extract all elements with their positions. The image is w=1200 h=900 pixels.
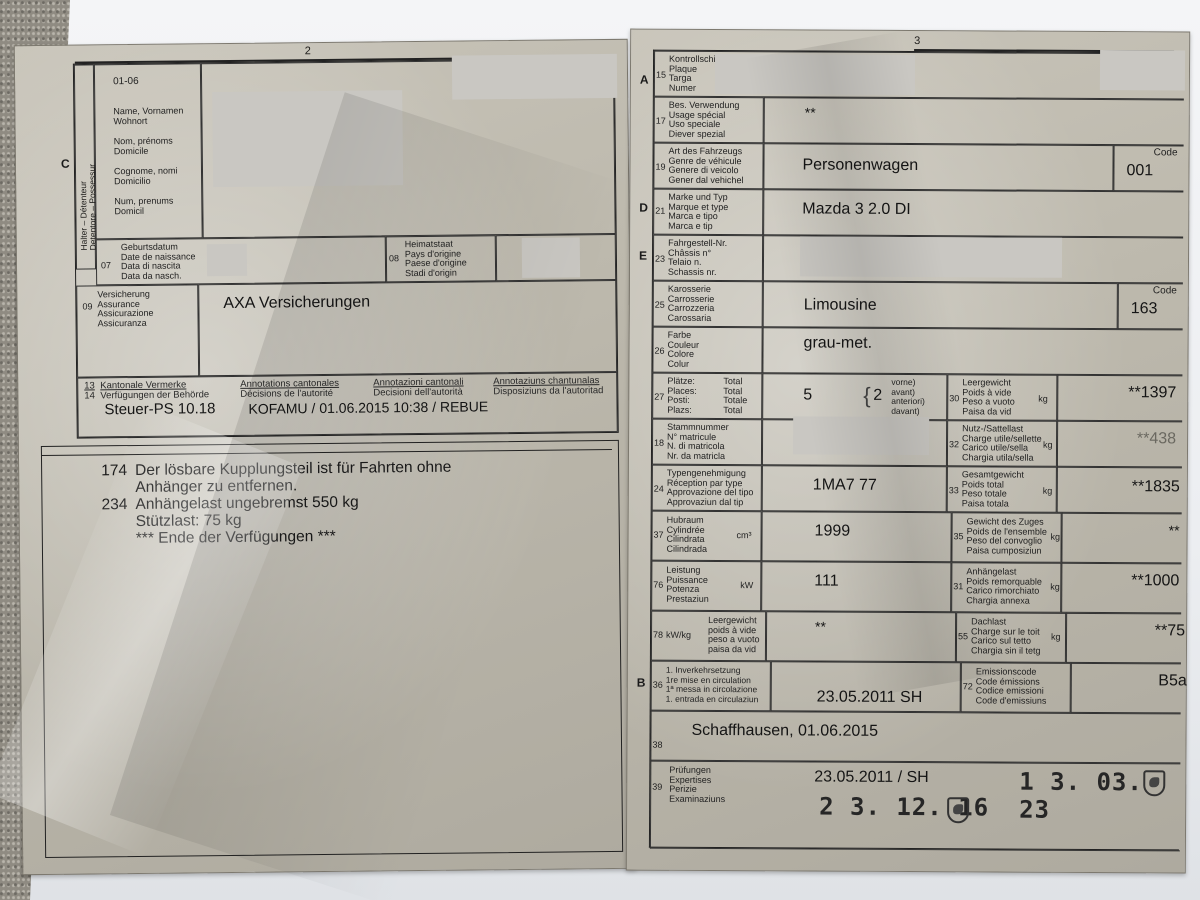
page-number-left: 2 xyxy=(305,45,311,57)
train-weight-label: Gewicht des Zuges Poids de l'ensemble Pe… xyxy=(966,517,1046,555)
field-number: 19 xyxy=(655,162,665,172)
gross-weight-value-cell: **1835 xyxy=(1057,467,1182,514)
conditions-list: 174Der lösbare Kupplungsteil ist für Fah… xyxy=(87,459,452,548)
unit-label: kg xyxy=(1043,440,1053,450)
payload-label-cell: 32 Nutz-/Sattellast Charge utile/sellett… xyxy=(947,420,1057,467)
inspections-row: 39 Prüfungen Expertises Perizie Examinaz… xyxy=(650,761,1180,852)
field-number: 09 xyxy=(82,301,92,311)
holder-label-de: Name, Vornamen Wohnort xyxy=(113,106,183,126)
birth-date-cell: 07 Geburtsdatum Date de naissance Data d… xyxy=(96,236,386,285)
emission-code-label-cell: 72 Emissionscode Code émissions Codice e… xyxy=(961,662,1071,713)
field-number: 31 xyxy=(953,581,963,591)
make-model-value: Mazda 3 2.0 DI xyxy=(802,200,911,219)
page-number-right: 3 xyxy=(914,35,920,47)
displacement-value: 1999 xyxy=(815,523,851,541)
field-number: 18 xyxy=(654,438,664,448)
field-number: 17 xyxy=(656,116,666,126)
type-approval-value-cell: 1MA7 77 xyxy=(762,465,947,512)
seats-total-value: 5 xyxy=(803,386,812,404)
field-number: 35 xyxy=(954,531,964,541)
insurance-value-cell: AXA Versicherungen xyxy=(198,280,617,376)
inspection-printed-entry: 23.05.2011 / SH xyxy=(814,769,929,788)
special-use-label: Bes. Verwendung Usage spécial Uso specia… xyxy=(669,101,740,139)
condition-code: 234 xyxy=(87,496,127,513)
condition-text: *** Ende der Verfügungen *** xyxy=(136,528,336,547)
seats-total-label: Total Total Totale Total xyxy=(723,377,747,415)
chassis-redaction xyxy=(800,236,1062,277)
field-number: 36 xyxy=(653,680,663,690)
section-letter-e: E xyxy=(639,249,647,263)
empty-weight-label-cell: 30 Leergewicht Poids à vide Peso a vuoto… xyxy=(947,374,1057,421)
canton-shield-icon xyxy=(1143,770,1165,796)
top-right-redaction xyxy=(452,54,617,100)
make-model-label-cell: 21 Marke und Typ Marque et type Marca e … xyxy=(653,189,763,236)
make-model-label: Marke und Typ Marque et type Marca e tip… xyxy=(668,193,728,231)
vehicle-type-value-cell: Personenwagen xyxy=(763,143,1113,191)
seats-label-cell: 27 Plätze: Places: Posti: Plazs: Total T… xyxy=(652,373,762,420)
field-number: 24 xyxy=(654,484,664,494)
power-value: 111 xyxy=(814,573,838,591)
field-number: 26 xyxy=(654,346,664,356)
field-number: 27 xyxy=(654,392,664,402)
power-label: Leistung Puissance Potenza Prestaziun xyxy=(666,566,709,604)
vehicle-section: A 15 Kontrollschild Plaque Targa Numer 1… xyxy=(649,50,1183,851)
field-number: 07 xyxy=(101,260,111,270)
condition-text: Anhänger zu entfernen. xyxy=(135,477,297,496)
field-number: 78 xyxy=(653,630,663,640)
section-letter-b: B xyxy=(637,676,646,690)
annotations-cell: 13 14 Kantonale Vermerke Verfügungen der… xyxy=(77,372,618,438)
unit-label: cm³ xyxy=(737,530,752,540)
brace: { xyxy=(863,383,870,409)
emission-code-value: B5a xyxy=(1158,672,1187,690)
first-registration-label: 1. Inverkehrsetzung 1re mise en circulat… xyxy=(666,666,759,704)
holder-side-strip: Halter – Détenteur Detentore – Possessur xyxy=(74,64,96,269)
displacement-label: Hubraum Cylindrée Cilindrata Cilindrada xyxy=(666,516,707,554)
chassis-value-cell xyxy=(763,235,1183,283)
steuer-ps: Steuer-PS 10.18 xyxy=(104,400,215,418)
field-number: 76 xyxy=(653,580,663,590)
power-label-cell: 76 Leistung Puissance Potenza Prestaziun… xyxy=(651,561,761,612)
holder-label-cell: 01-06 Name, Vornamen Wohnort Nom, prénom… xyxy=(94,63,203,239)
code-label: Code xyxy=(1153,285,1177,296)
displacement-label-cell: 37 Hubraum Cylindrée Cilindrata Cilindra… xyxy=(651,511,761,562)
roof-load-label: Dachlast Charge sur le toit Carico sul t… xyxy=(971,617,1041,655)
field-number: 33 xyxy=(949,485,959,495)
train-weight-value: ** xyxy=(1169,522,1180,538)
unit-label: kg xyxy=(1043,486,1053,496)
type-approval-label-cell: 24 Typengenehmigung Réception par type A… xyxy=(652,465,762,512)
field-number: 15 xyxy=(656,70,666,80)
train-weight-label-cell: 35 Gewicht des Zuges Poids de l'ensemble… xyxy=(951,512,1061,563)
holder-label-fr: Nom, prénoms Domicile xyxy=(114,137,173,157)
color-value-cell: grau-met. xyxy=(762,327,1182,375)
annotation-subheader-rm: Disposiziuns da l'autoritad xyxy=(493,385,603,397)
type-approval-value: 1MA7 77 xyxy=(813,477,877,495)
empty-weight-value-cell: **1397 xyxy=(1057,375,1182,422)
field-number: 30 xyxy=(949,393,959,403)
emission-code-value-cell: B5a xyxy=(1071,663,1181,714)
holder-section: C Halter – Détenteur Detentore – Possess… xyxy=(73,58,619,439)
insurance-label-cell: 09 Versicherung Assurance Assicurazione … xyxy=(76,284,199,377)
section-letter-c: C xyxy=(61,157,70,171)
field-number: 39 xyxy=(652,782,662,792)
top-right-redaction xyxy=(1100,50,1185,90)
trailer-load-value: **1000 xyxy=(1131,572,1179,590)
chassis-label: Fahrgestell-Nr. Châssis n° Telaio n. Sch… xyxy=(668,239,727,277)
trailer-load-value-cell: **1000 xyxy=(1061,563,1181,614)
power-weight-label-cell: 78 kW/kg Leergewicht poids à vide peso a… xyxy=(651,611,766,662)
make-model-value-cell: Mazda 3 2.0 DI xyxy=(763,189,1183,237)
unit-label: kg xyxy=(1051,532,1061,542)
holder-label-it: Cognome, nomi Domicilio xyxy=(114,167,178,187)
seats-value-cell: 5 { 2 vorne) avant) anteriori) davant) xyxy=(762,373,947,420)
seats-label: Plätze: Places: Posti: Plazs: xyxy=(667,377,697,415)
displacement-value-cell: 1999 xyxy=(761,511,951,562)
annotation-subheader-fr: Décisions de l'autorité xyxy=(240,388,333,400)
origin-label: Heimatstaat Pays d'origine Paese d'origi… xyxy=(405,240,467,279)
section-letter-d: D xyxy=(639,201,648,215)
annotation-entry: KOFAMU / 01.06.2015 10:38 / REBUE xyxy=(248,398,488,417)
power-weight-label: Leergewicht poids à vide peso a vuoto pa… xyxy=(708,616,760,654)
color-label: Farbe Couleur Colore Colur xyxy=(667,331,699,369)
unit-label: kg xyxy=(1038,394,1048,404)
field-number: 21 xyxy=(655,206,665,216)
master-number-label-cell: 18 Stammnummer N° matricule N. di matric… xyxy=(652,419,762,466)
vehicle-type-label: Art des Fahrzeugs Genre de véhicule Gene… xyxy=(668,147,743,185)
roof-load-value-cell: **75 xyxy=(1066,613,1181,664)
unit-label: kg xyxy=(1051,632,1061,642)
origin-value-cell xyxy=(496,234,616,281)
field-number: 55 xyxy=(958,631,968,641)
plate-redaction xyxy=(715,54,915,95)
vehicle-type-value: Personenwagen xyxy=(802,156,918,175)
holder-value-cell xyxy=(201,59,616,238)
body-value: Limousine xyxy=(804,296,877,314)
field-number: 25 xyxy=(655,300,665,310)
power-weight-value: ** xyxy=(815,619,826,635)
vehicle-type-label-cell: 19 Art des Fahrzeugs Genre de véhicule G… xyxy=(653,143,763,190)
code-label: Code xyxy=(1154,147,1178,158)
seats-front-label: vorne) avant) anteriori) davant) xyxy=(891,378,925,416)
empty-weight-label: Leergewicht Poids à vide Peso a vuoto Pa… xyxy=(962,378,1015,416)
section-letter-a: A xyxy=(640,73,649,87)
origin-label-cell: 08 Heimatstaat Pays d'origine Paese d'or… xyxy=(386,235,496,282)
roof-load-value: **75 xyxy=(1155,622,1185,640)
registration-page-right: 3 A 15 Kontrollschild Plaque Targa Numer… xyxy=(626,29,1190,874)
field-number: 37 xyxy=(654,530,664,540)
trailer-load-label-cell: 31 Anhängelast Poids remorquable Carico … xyxy=(951,562,1061,613)
special-use-value-cell: ** xyxy=(764,97,1184,145)
chassis-label-cell: 23 Fahrgestell-Nr. Châssis n° Telaio n. … xyxy=(653,235,763,282)
special-use-value: ** xyxy=(805,104,816,120)
gross-weight-label-cell: 33 Gesamtgewicht Poids total Peso totale… xyxy=(947,466,1057,513)
type-approval-label: Typengenehmigung Réception par type Appr… xyxy=(667,469,754,507)
emission-code-label: Emissionscode Code émissions Codice emis… xyxy=(976,667,1047,705)
color-label-cell: 26 Farbe Couleur Colore Colur xyxy=(652,327,762,374)
birth-date-label: Geburtsdatum Date de naissance Data di n… xyxy=(121,242,196,281)
gross-weight-label: Gesamtgewicht Poids total Peso totale Pa… xyxy=(962,470,1024,508)
field-number: 72 xyxy=(963,681,973,691)
payload-label: Nutz-/Sattellast Charge utile/sellette C… xyxy=(962,424,1042,462)
insurance-value: AXA Versicherungen xyxy=(223,294,370,314)
annotation-subheader-it: Decisioni dell'autorità xyxy=(373,387,463,399)
trailer-load-label: Anhängelast Poids remorquable Carico rim… xyxy=(966,567,1042,605)
unit-label: kW/kg xyxy=(666,630,691,640)
registration-page-left: 2 C Halter – Détenteur Detentore – Posse… xyxy=(14,39,637,875)
body-label-cell: 25 Karosserie Carrosserie Carrozzeria Ca… xyxy=(653,281,763,328)
holder-code: 01-06 xyxy=(113,77,139,87)
body-label: Karosserie Carrosserie Carrozzeria Caros… xyxy=(668,285,715,323)
train-weight-value-cell: ** xyxy=(1061,513,1181,564)
conditions-section: 174Der lösbare Kupplungsteil ist für Fah… xyxy=(41,440,623,858)
first-registration-label-cell: 36 1. Inverkehrsetzung 1re mise en circu… xyxy=(651,661,771,712)
payload-value: **438 xyxy=(1137,430,1176,448)
master-number-value-cell xyxy=(762,419,947,466)
power-value-cell: 111 xyxy=(761,561,951,612)
first-registration-value-cell: 23.05.2011 SH xyxy=(771,661,961,712)
field-number: 38 xyxy=(652,740,662,750)
place-date-value: Schaffhausen, 01.06.2015 xyxy=(691,722,878,741)
master-number-label: Stammnummer N° matricule N. di matricola… xyxy=(667,423,729,461)
condition-code: 174 xyxy=(87,462,127,479)
field-number: 08 xyxy=(389,253,399,263)
power-weight-value-cell: ** xyxy=(766,611,956,662)
field-number: 32 xyxy=(949,439,959,449)
first-registration-value: 23.05.2011 SH xyxy=(817,689,923,708)
color-value: grau-met. xyxy=(804,334,873,352)
roof-load-label-cell: 55 Dachlast Charge sur le toit Carico su… xyxy=(956,612,1066,663)
place-date-row: 38 Schaffhausen, 01.06.2015 xyxy=(650,711,1180,764)
gross-weight-value: **1835 xyxy=(1132,478,1180,496)
master-number-redaction xyxy=(793,416,929,455)
vehicle-type-code: 001 xyxy=(1126,162,1153,180)
conditions-rule xyxy=(42,449,612,456)
body-value-cell: Limousine xyxy=(763,281,1118,329)
condition-text: Stützlast: 75 kg xyxy=(136,512,242,530)
empty-weight-value: **1397 xyxy=(1128,384,1176,402)
field-number: 23 xyxy=(655,254,665,264)
birth-date-redaction xyxy=(207,244,247,276)
field-number: 14 xyxy=(84,390,95,401)
insurance-label: Versicherung Assurance Assicurazione Ass… xyxy=(97,290,153,329)
vehicle-type-code-cell: Code 001 xyxy=(1113,145,1183,191)
inspections-label: Prüfungen Expertises Perizie Examinaziun… xyxy=(669,766,725,804)
unit-label: kg xyxy=(1050,582,1060,592)
seats-front-value: 2 xyxy=(873,387,882,405)
body-code-cell: Code 163 xyxy=(1118,283,1183,329)
special-use-label-cell: 17 Bes. Verwendung Usage spécial Uso spe… xyxy=(654,97,764,144)
condition-line: *** Ende der Verfügungen *** xyxy=(88,527,452,548)
origin-redaction xyxy=(522,237,580,278)
plate-row: 15 Kontrollschild Plaque Targa Numer xyxy=(654,51,1184,100)
holder-name-redaction xyxy=(212,90,403,187)
payload-value-cell: **438 xyxy=(1057,421,1182,468)
unit-label: kW xyxy=(740,580,753,590)
body-code: 163 xyxy=(1131,300,1158,318)
canton-shield-icon xyxy=(947,797,969,823)
holder-label-rm: Num, prenums Domicil xyxy=(114,197,173,217)
